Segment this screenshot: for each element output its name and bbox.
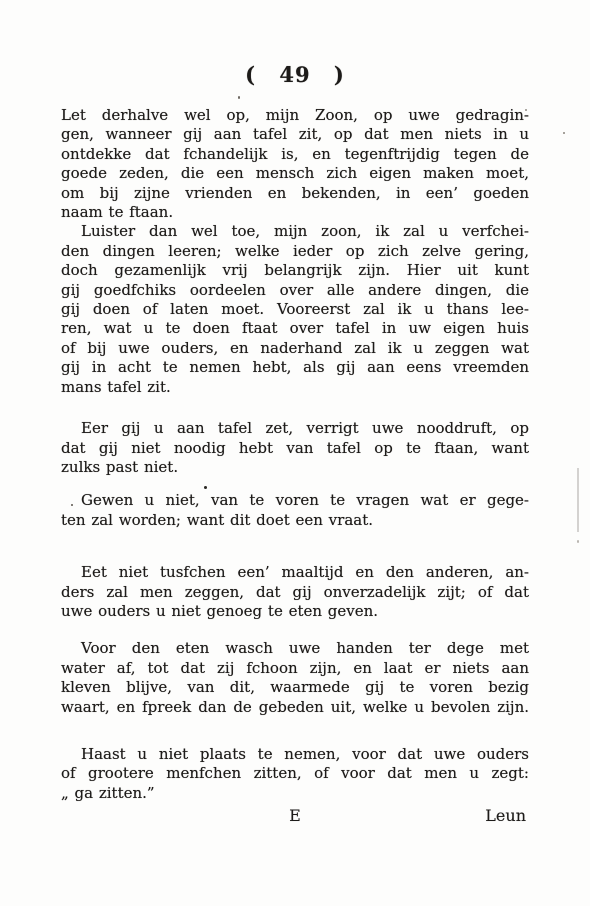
- ink-speck: [577, 540, 579, 543]
- text-line: Eet niet tusfchen een’ maaltijd en den a…: [61, 563, 529, 582]
- text-line: Voor den eten wasch uwe handen ter dege …: [61, 639, 529, 658]
- ink-speck: [238, 96, 240, 99]
- text-line: gij doen of laten moet. Vooreerst zal ik…: [61, 300, 529, 319]
- text-line: doch gezamenlijk vrij belangrijk zijn. H…: [61, 261, 529, 280]
- page-footer: E Leun: [61, 806, 529, 830]
- text-block: ( 49 ) Let derhalve wel op, mijn Zoon, o…: [61, 60, 529, 830]
- text-line: water af, tot dat zij fchoon zijn, en la…: [61, 659, 529, 678]
- ink-speck: [563, 132, 565, 134]
- text-line: waart, en fpreek dan de gebeden uit, wel…: [61, 698, 529, 717]
- text-line: ren, wat u te doen ftaat over tafel in u…: [61, 319, 529, 338]
- text-line: gij goedfchiks oordeelen over alle ander…: [61, 281, 529, 300]
- text-line: Haast u niet plaats te nemen, voor dat u…: [61, 745, 529, 764]
- text-line: Gewen u niet, van te voren te vragen wat…: [61, 491, 529, 510]
- text-line: gen, wanneer gij aan tafel zit, op dat m…: [61, 125, 529, 144]
- text-line: ontdekke dat fchandelijk is, en tegenftr…: [61, 145, 529, 164]
- text-line: den dingen leeren; welke ieder op zich z…: [61, 242, 529, 261]
- text-line: zulks past niet.: [61, 458, 529, 477]
- scan-artifact-line: [577, 468, 579, 532]
- text-line: Let derhalve wel op, mijn Zoon, op uwe g…: [61, 106, 529, 125]
- ink-speck: [71, 504, 73, 506]
- ink-speck: [204, 486, 207, 489]
- text-line: om bij zijne vrienden en bekenden, in ee…: [61, 184, 529, 203]
- catchword: Leun: [485, 806, 526, 825]
- paragraph-2: Luister dan wel toe, mijn zoon, ik zal u…: [61, 222, 529, 397]
- text-line: kleven blijve, van dit, waarmede gij te …: [61, 678, 529, 697]
- paragraph-7: Haast u niet plaats te nemen, voor dat u…: [61, 745, 529, 803]
- book-page: ( 49 ) Let derhalve wel op, mijn Zoon, o…: [0, 0, 590, 906]
- paragraph-5: Eet niet tusfchen een’ maaltijd en den a…: [61, 563, 529, 621]
- paragraph-6: Voor den eten wasch uwe handen ter dege …: [61, 639, 529, 717]
- signature-mark: E: [61, 806, 529, 825]
- text-line: of grootere menfchen zitten, of voor dat…: [61, 764, 529, 783]
- text-line: naam te ftaan.: [61, 203, 529, 222]
- text-line: Luister dan wel toe, mijn zoon, ik zal u…: [61, 222, 529, 241]
- text-line: Eer gij u aan tafel zet, verrigt uwe noo…: [61, 419, 529, 438]
- text-line: uwe ouders u niet genoeg te eten geven.: [61, 602, 529, 621]
- text-line: mans tafel zit.: [61, 378, 529, 397]
- text-line: ten zal worden; want dit doet een vraat.: [61, 511, 529, 530]
- text-line: goede zeden, die een mensch zich eigen m…: [61, 164, 529, 183]
- page-number: ( 49 ): [61, 60, 529, 93]
- paragraph-1: Let derhalve wel op, mijn Zoon, op uwe g…: [61, 106, 529, 222]
- text-line: dat gij niet noodig hebt van tafel op te…: [61, 439, 529, 458]
- text-line: gij in acht te nemen hebt, als gij aan e…: [61, 358, 529, 377]
- text-line: ders zal men zeggen, dat gij onverzadeli…: [61, 583, 529, 602]
- text-line: „ ga zitten.”: [61, 784, 529, 803]
- paragraph-3: Eer gij u aan tafel zet, verrigt uwe noo…: [61, 419, 529, 477]
- paragraph-4: Gewen u niet, van te voren te vragen wat…: [61, 491, 529, 530]
- text-line: of bij uwe ouders, en naderhand zal ik u…: [61, 339, 529, 358]
- ink-speck: [525, 109, 527, 111]
